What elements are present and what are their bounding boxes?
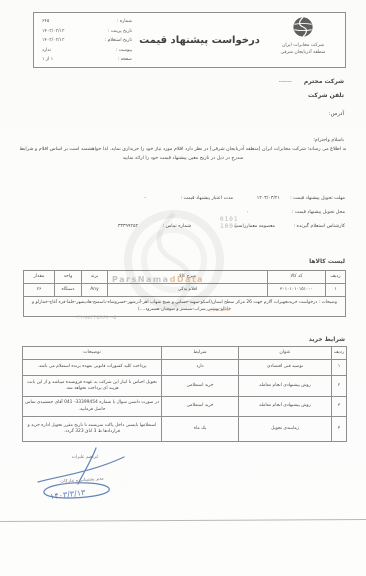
meta-label: تاریخ پرینت : [108, 27, 132, 37]
meta-row-page: صفحه : ۱ از ۱ [42, 55, 132, 65]
terms-title: روش پیشنهادی انجام معامله [239, 397, 332, 417]
goods-header-row: ردیف کد کالا شرح کالا برند واحد مقدار [24, 271, 346, 284]
company-label: شرکت محترم [304, 78, 344, 85]
terms-row-3: ۳ روش پیشنهادی انجام معامله خرید استعلام… [23, 397, 347, 417]
deadline-label: مهلت تحویل پیشنهاد قیمت : [290, 196, 345, 201]
terms-desc: پرداخت کلیه کسورات قانونی بعهده برنده اس… [23, 360, 162, 376]
terms-col-cond: شرایط [162, 347, 239, 360]
terms-header-row: ردیف عنوان شرایط توضیحات [23, 347, 347, 360]
goods-section-title: لیست کالاها [309, 258, 345, 265]
header-meta-table: شماره : ۶۴۵ تاریخ پرینت : ۱۴۰۳/۰۳/۱۳ تار… [34, 13, 138, 67]
goods-item-unit: دستگاه [55, 284, 82, 297]
goods-note-row: وضیحات : درخواست خریدتجهیزات آلارم جهت 2… [24, 297, 346, 317]
delivery-place-label: محل تحویل پیشنهاد قیمت : [292, 210, 345, 215]
goods-row-number: ۱ [326, 284, 346, 297]
goods-item-brand: Any [82, 284, 108, 297]
recipient-phone-line: تلفن شرکت [308, 92, 344, 99]
greeting-line: باسلام واحترام؛ [313, 138, 344, 143]
org-name: شرکت مخابرات ایران [261, 43, 345, 49]
meta-label: شماره : [117, 17, 132, 27]
terms-desc: استعلامها بایستی داخل پاکت سربسته تا تار… [23, 417, 162, 442]
goods-item-desc: اقلام یدکی [108, 284, 268, 297]
meta-label: صفحه : [118, 55, 132, 65]
meta-row-inquiry-date: تاریخ استعلام : ۱۴۰۳/۰۳/۱۳ [42, 36, 132, 46]
meta-value: ۱۴۰۳/۰۳/۱۳ [42, 36, 64, 46]
goods-data-row: ۱ ۳۰۱۰۱۰۱۰۱۵۱۰۰۰ اقلام یدکی Any دستگاه ۲… [24, 284, 346, 297]
handwritten-date: ۱۴۰۳/۳/۱۳ [50, 488, 86, 501]
meta-value: ۶۴۵ [42, 17, 49, 27]
org-block: شرکت مخابرات ایران منطقه آذربایجان شرقی [261, 13, 345, 67]
terms-col-row: ردیف [332, 347, 347, 360]
goods-col-brand: برند [82, 271, 108, 284]
terms-cond: دارد [162, 360, 239, 376]
terms-title: روش پیشنهادی انجام معامله [239, 376, 332, 397]
goods-col-desc: شرح کالا [108, 271, 268, 284]
meta-value: ندارد [42, 46, 51, 56]
terms-row-number: ۱ [332, 360, 347, 376]
meta-label: تاریخ استعلام : [105, 36, 132, 46]
recipient-company-line: شرکت محترم ------ [279, 78, 344, 85]
terms-table: ردیف عنوان شرایط توضیحات ۱ توصیه فنی اقت… [22, 346, 347, 442]
terms-row-2: ۲ روش پیشنهادی انجام معامله خرید استعلام… [23, 376, 347, 397]
goods-table: ردیف کد کالا شرح کالا برند واحد مقدار ۱ … [23, 270, 346, 317]
terms-col-desc: توضیحات [23, 347, 162, 360]
org-region: منطقه آذربایجان شرقی [261, 50, 345, 56]
terms-cond: یک ماه [162, 417, 239, 442]
contact-label: شماره تماس : [162, 224, 191, 229]
scanned-document-page: شرکت مخابرات ایران منطقه آذربایجان شرقی … [0, 0, 366, 576]
expert-value: معصومه معمارراست [234, 224, 275, 229]
document-header: شرکت مخابرات ایران منطقه آذربایجان شرقی … [33, 12, 346, 68]
telecom-logo-icon [292, 23, 314, 42]
goods-col-unit: واحد [55, 271, 82, 284]
terms-row-1: ۱ توصیه فنی اقتصادی دارد پرداخت کلیه کسو… [23, 360, 347, 376]
meta-value: ۱ از ۱ [42, 55, 53, 65]
goods-item-qty: ۲۶ [24, 284, 55, 297]
signer-name: ابراهیم علیزاده [52, 455, 118, 460]
terms-row-4: ۴ زمانبندی تحویل یک ماه استعلامها بایستی… [23, 417, 347, 442]
signer-role: مدیر پشتیبانی و تدارکات [43, 475, 121, 485]
meta-value: ۱۴۰۳/۰۳/۱۳ [42, 27, 64, 37]
goods-col-qty: مقدار [24, 271, 55, 284]
document-title: درخواست پیشنهاد قیمت [139, 35, 260, 46]
deadline-value: ۱۴۰۳/۰۳/۲۱ [257, 196, 280, 201]
terms-section-title: شرایط خرید [309, 336, 345, 343]
goods-item-code: ۳۰۱۰۱۰۱۰۱۵۱۰۰۰ [268, 284, 326, 297]
terms-title: توصیه فنی اقتصادی [239, 360, 332, 376]
expert-label: کارشناس استعلام گیرنده : [293, 224, 345, 229]
terms-col-title: عنوان [239, 347, 332, 360]
goods-col-row: ردیف [326, 271, 346, 284]
contact-value: ۳۳۳۹۹۴۵۴ [118, 224, 138, 229]
goods-note: وضیحات : درخواست خریدتجهیزات آلارم جهت 2… [24, 297, 346, 317]
document-title-wrap: درخواست پیشنهاد قیمت [138, 13, 261, 67]
terms-desc: تحویل اجناس تا انبار این شرکت به عهده فر… [23, 376, 162, 397]
terms-row-number: ۴ [332, 417, 347, 442]
goods-col-code: کد کالا [268, 271, 326, 284]
bottom-divider [0, 519, 366, 522]
intro-paragraph: به اطلاع می رساند؛ شرکت مخابرات ایران (م… [16, 146, 350, 163]
meta-row-number: شماره : ۶۴۵ [42, 17, 132, 27]
meta-row-attachment: پیوست : ندارد [42, 46, 132, 56]
terms-desc: در صورت داشتن سوال با شماره 33399454- 04… [23, 397, 162, 417]
meta-label: پیوست : [116, 46, 132, 56]
validity-label: مدت اعتبار پیشنهاد قیمت : [180, 196, 233, 201]
validity-value: - [144, 196, 146, 201]
terms-row-number: ۳ [332, 397, 347, 417]
terms-cond: خرید استعلامی [162, 397, 239, 417]
delivery-place-value: ۰ [246, 210, 249, 215]
terms-row-number: ۲ [332, 376, 347, 397]
terms-title: زمانبندی تحویل [239, 417, 332, 442]
company-value-dashes: ------ [279, 78, 292, 85]
watermark-digits-line1: 0101 [220, 216, 238, 223]
meta-row-print-date: تاریخ پرینت : ۱۴۰۳/۰۳/۱۳ [42, 27, 132, 37]
recipient-address-line: آدرس: [329, 111, 344, 117]
terms-cond: خرید استعلامی [162, 376, 239, 397]
